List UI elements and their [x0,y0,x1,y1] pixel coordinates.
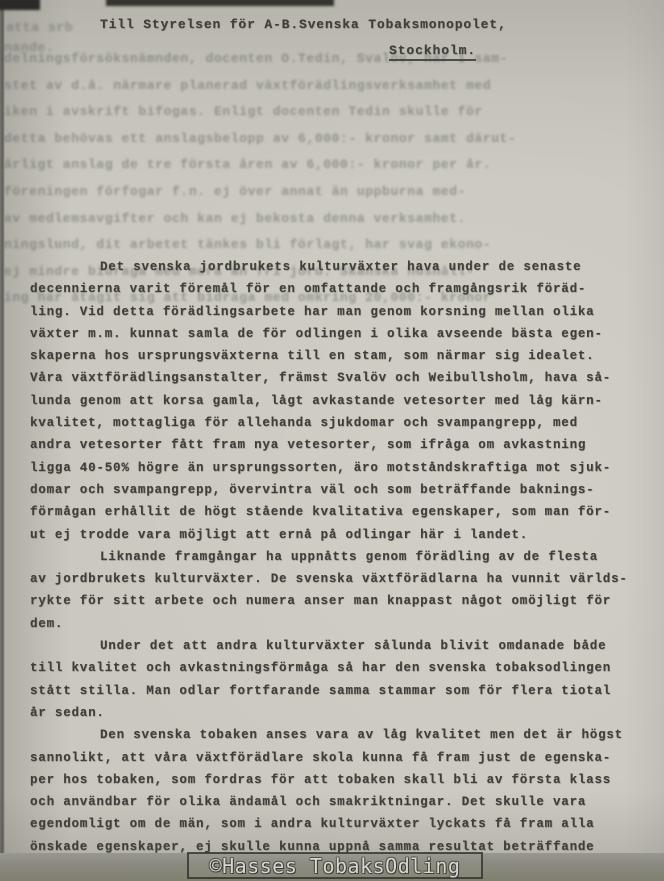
text-line: Våra växtförädlingsanstalter, främst Sva… [30,367,642,389]
photo-edge-left [0,0,4,881]
recipient-line: Till Styrelsen för A-B.Svenska Tobaksmon… [100,17,507,32]
text-line: till kvalitet och avkastningsförmåga så … [30,657,642,679]
text-line: ligga 40-50% högre än ursprungssorten, ä… [30,457,642,479]
text-line: per hos tobaken, som fordras för att tob… [30,769,642,791]
text-line: egendomligt om de män, som i andra kultu… [30,813,642,835]
text-line: år sedan. [30,702,642,724]
bleed-line: årligt anslag de tre första åren av 6,00… [4,152,564,179]
photo-edge-top-left [0,0,40,10]
bleed-line: delningsförsöksnämnden, docenten O.Tedin… [4,46,564,73]
bleed-line: ningslund, dit arbetet tänkes bli förlag… [4,232,564,259]
text-line: decennierna varit föremål för en omfatta… [30,278,642,300]
text-line: Det svenska jordbrukets kulturväxter hav… [30,256,642,278]
text-line: skaperna hos ursprungsväxterna till en s… [30,345,642,367]
paragraph: Liknande framgångar ha uppnåtts genom fö… [30,546,642,635]
text-line: stått stilla. Man odlar fortfarande samm… [30,680,642,702]
text-line: domar och svampangrepp, övervintra väl o… [30,479,642,501]
document-photo: atta srb nande. delningsförsöksnämnden, … [0,0,664,881]
paragraph: Under det att andra kulturväxter sålunda… [30,635,642,724]
bleed-line: föreningen förfogar f.n. ej över annat ä… [4,179,564,206]
text-line: förmågan erhållit de högt stående kvalit… [30,501,642,523]
text-line: Under det att andra kulturväxter sålunda… [30,635,642,657]
text-line: Den svenska tobaken anses vara av låg kv… [30,724,642,746]
bleed-line: detta behövas ett anslagsbelopp av 6,000… [4,126,564,153]
watermark: ©Hasses TobaksOdling [187,852,483,879]
bleed-through-fragment: atta srb [6,20,73,35]
city-line: Stockholm. [389,43,476,61]
text-line: växter m.m. kunnat samla de för odlingen… [30,323,642,345]
text-line: sannolikt, att våra växtförädlare skola … [30,747,642,769]
text-line: lunda genom att korsa gamla, lågt avkast… [30,390,642,412]
bleed-line: av medlemsavgifter och kan ej bekosta de… [4,206,564,233]
bleed-line: iken i avskrift bifogas. Enligt docenten… [4,99,564,126]
watermark-text: ©Hasses TobaksOdling [210,854,461,878]
paragraph: Det svenska jordbrukets kulturväxter hav… [30,256,642,546]
text-line: ling. Vid detta förädlingsarbete har man… [30,301,642,323]
text-line: rykte för sitt arbete och numera anser m… [30,590,642,612]
bleed-line: stet av d.å. närmare planerad växtförädl… [4,73,564,100]
text-line: och användbar för olika ändamål och smak… [30,791,642,813]
photo-edge-top [106,0,334,6]
text-line: ut ej trodde vara möjligt att ernå på od… [30,524,642,546]
letter-body: Det svenska jordbrukets kulturväxter hav… [0,256,664,858]
text-line: andra vetesorter fått fram nya vetesorte… [30,434,642,456]
text-line: av jordbrukets kulturväxter. De svenska … [30,568,642,590]
text-line: Liknande framgångar ha uppnåtts genom fö… [30,546,642,568]
paragraph: Den svenska tobaken anses vara av låg kv… [30,724,642,858]
text-line: dem. [30,613,642,635]
text-line: kvalitet, mottagliga för allehanda sjukd… [30,412,642,434]
